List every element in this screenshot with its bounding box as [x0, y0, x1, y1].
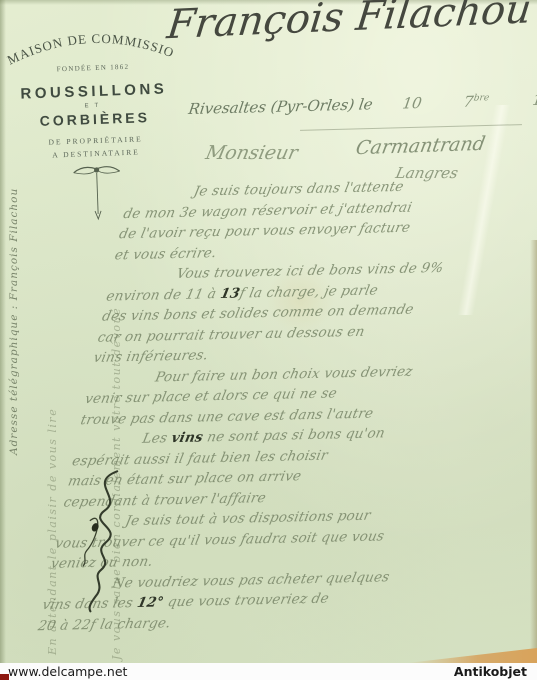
ink-corrected-word: vins: [170, 429, 205, 446]
recipient-name: Carmantrand: [354, 133, 487, 160]
watermark-strip: www.delcampe.net Antikobjet: [0, 663, 537, 680]
signature-flourish: [56, 461, 145, 618]
line-text: que vous trouveriez de: [162, 591, 331, 611]
telegraph-address-note: Adresse télégraphique : François Filacho…: [8, 165, 20, 455]
watermark-antikobjet: Antikobjet: [454, 663, 527, 680]
paper-edge-right: [530, 240, 537, 663]
line-text: ne sont pas si bons qu'on: [201, 425, 386, 445]
line-text: f la charge, je parle: [238, 282, 379, 301]
letterhead-subtitle-2: A DESTINATAIRE: [5, 146, 187, 161]
scanned-letter: MAISON DE COMMISSION FONDÉE EN 1862 ROUS…: [0, 0, 537, 680]
backing-corner: [407, 648, 537, 663]
letterhead-region-roussillons: ROUSSILLONS: [3, 80, 185, 103]
line-text: Les: [141, 430, 173, 447]
letterhead-arc-title: MAISON DE COMMISSION: [0, 17, 177, 68]
dateline-month-suffix: bre: [473, 93, 490, 103]
company-script-title: François Filachou: [165, 0, 536, 48]
dateline-printed: Rivesaltes (Pyr-Orles) le: [187, 95, 374, 118]
watermark-delcampe: www.delcampe.net: [8, 663, 127, 680]
ink-corrected-number: 12°: [136, 594, 165, 611]
letterhead-arc: MAISON DE COMMISSION: [0, 17, 183, 69]
dateline-day: 10: [401, 94, 423, 113]
recipient-salutation: Monsieur: [204, 142, 300, 164]
svg-text:MAISON DE COMMISSION: MAISON DE COMMISSION: [0, 17, 177, 68]
dateline-year: 1895: [531, 90, 537, 109]
